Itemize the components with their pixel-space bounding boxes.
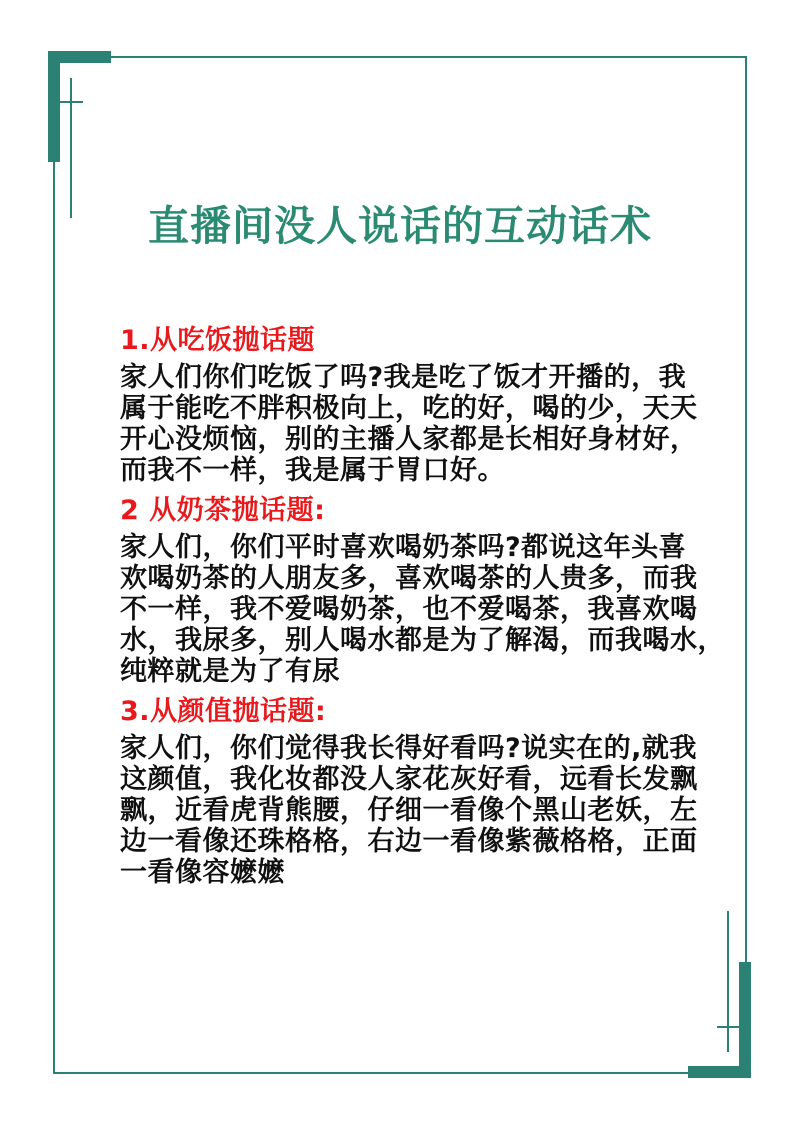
document-page: 直播间没人说话的互动话术 1.从吃饭抛话题 家人们你们吃饭了吗?我是吃了饭才开播… bbox=[0, 0, 800, 1131]
crop-mark-bottom-right-horizontal bbox=[717, 1026, 743, 1028]
crop-mark-bottom-right-vertical bbox=[727, 911, 729, 1052]
section-body: 家人们你们吃饭了吗?我是吃了饭才开播的，我 属于能吃不胖积极向上，吃的好，喝的少… bbox=[120, 362, 740, 486]
corner-bracket-bottom-right-horizontal bbox=[688, 1066, 751, 1078]
crop-mark-top-left-vertical bbox=[70, 78, 72, 218]
content-area: 1.从吃饭抛话题 家人们你们吃饭了吗?我是吃了饭才开播的，我 属于能吃不胖积极向… bbox=[120, 326, 740, 898]
section-body: 家人们，你们觉得我长得好看吗?说实在的,就我 这颜值，我化妆都没人家花灰好看，远… bbox=[120, 733, 740, 888]
corner-bracket-top-left-vertical bbox=[48, 51, 60, 162]
crop-mark-top-left-horizontal bbox=[57, 101, 83, 103]
section-heading: 1.从吃饭抛话题 bbox=[120, 326, 740, 356]
section-looks-topic: 3.从颜值抛话题: 家人们，你们觉得我长得好看吗?说实在的,就我 这颜值，我化妆… bbox=[120, 697, 740, 888]
page-title: 直播间没人说话的互动话术 bbox=[0, 201, 800, 251]
section-body: 家人们，你们平时喜欢喝奶茶吗?都说这年头喜 欢喝奶茶的人朋友多，喜欢喝茶的人贵多… bbox=[120, 532, 740, 687]
section-heading: 3.从颜值抛话题: bbox=[120, 697, 740, 727]
corner-bracket-bottom-right-vertical bbox=[739, 962, 751, 1078]
corner-bracket-top-left-horizontal bbox=[48, 51, 111, 63]
section-heading: 2 从奶茶抛话题: bbox=[120, 496, 740, 526]
section-eating-topic: 1.从吃饭抛话题 家人们你们吃饭了吗?我是吃了饭才开播的，我 属于能吃不胖积极向… bbox=[120, 326, 740, 486]
section-milk-tea-topic: 2 从奶茶抛话题: 家人们，你们平时喜欢喝奶茶吗?都说这年头喜 欢喝奶茶的人朋友… bbox=[120, 496, 740, 687]
